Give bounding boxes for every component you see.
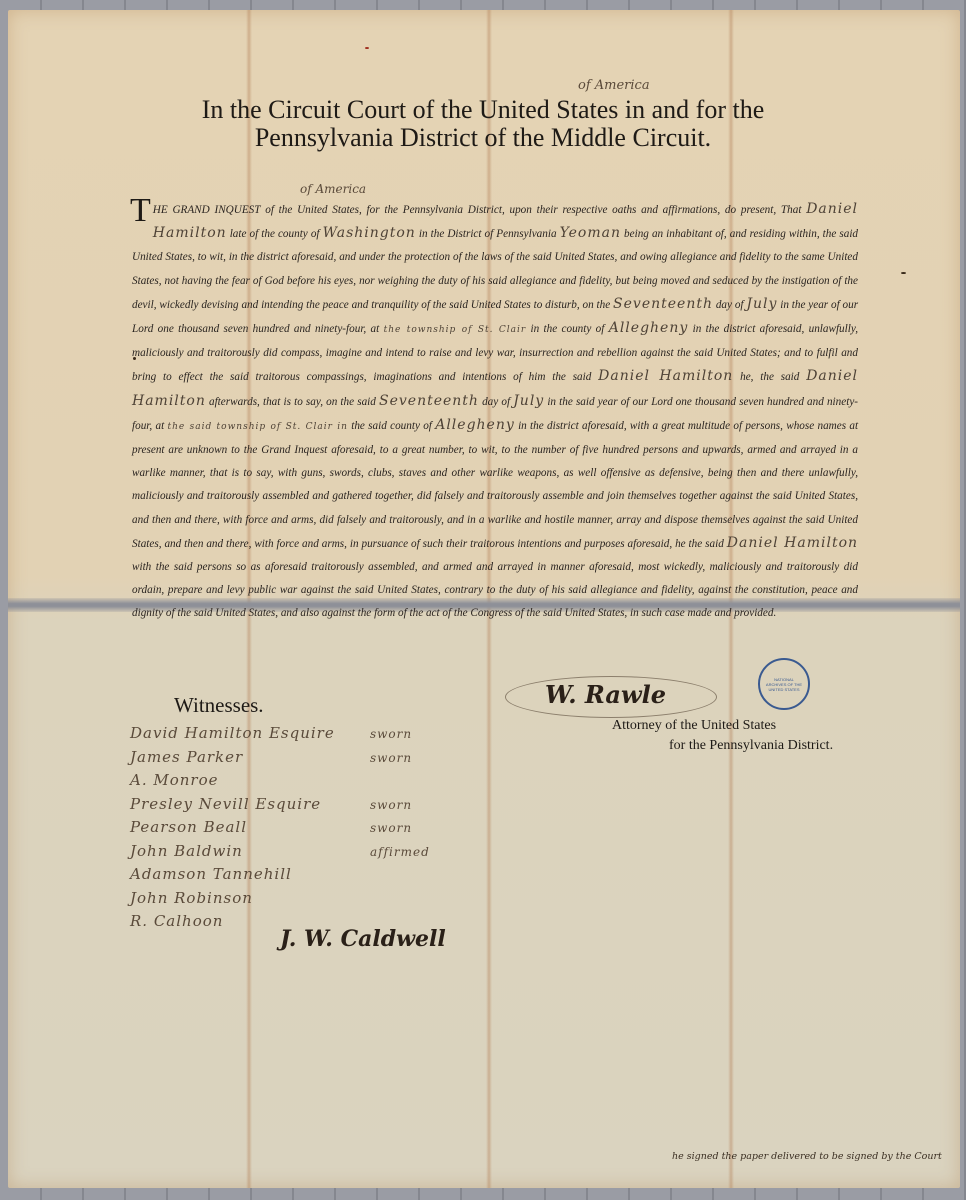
ink-mark xyxy=(133,357,136,360)
occupation: Yeoman xyxy=(560,225,621,241)
archives-stamp: NATIONAL ARCHIVES OF THE UNITED STATES xyxy=(758,658,810,710)
offense-place: the said township of St. Clair in xyxy=(168,422,348,432)
defendant-name: Daniel Hamilton xyxy=(598,368,733,384)
offense-month: July xyxy=(746,296,777,312)
witness-entry: Adamson Tannehill xyxy=(130,865,450,889)
clerk-signature: J. W. Caldwell xyxy=(280,926,446,952)
body-annotation: of America xyxy=(300,182,366,196)
witness-entry: John Baldwin affirmed xyxy=(130,842,450,866)
title-line-2: Pennsylvania District of the Middle Circ… xyxy=(0,124,966,152)
offense-place: the township of St. Clair xyxy=(384,325,527,335)
stamp-text: NATIONAL ARCHIVES OF THE UNITED STATES xyxy=(764,677,804,692)
title-line-1: In the Circuit Court of the United State… xyxy=(202,95,765,124)
witness-entry: David Hamilton Esquire sworn xyxy=(130,724,450,748)
county-of-offense: Allegheny xyxy=(609,320,689,336)
witnesses-heading: Witnesses. xyxy=(174,693,264,718)
ink-mark xyxy=(365,47,369,49)
offense-day: Seventeenth xyxy=(379,393,479,409)
county-of-residence: Washington xyxy=(323,225,416,241)
witness-entry: Presley Nevill Esquire sworn xyxy=(130,795,450,819)
witness-entry: Pearson Beall sworn xyxy=(130,818,450,842)
footnote: he signed the paper delivered to be sign… xyxy=(672,1151,942,1162)
indictment-text: T HE GRAND INQUEST of the United States,… xyxy=(132,198,858,626)
witness-list: David Hamilton Esquire sworn James Parke… xyxy=(130,724,450,936)
offense-day: Seventeenth xyxy=(613,296,713,312)
offense-month: July xyxy=(513,393,544,409)
witness-entry: John Robinson xyxy=(130,889,450,913)
county-of-offense: Allegheny xyxy=(435,417,515,433)
ink-mark xyxy=(901,272,906,274)
drop-cap: T xyxy=(130,198,151,224)
witness-entry: A. Monroe xyxy=(130,771,450,795)
attorney-signature: W. Rawle xyxy=(545,680,666,709)
attorney-title: Attorney of the United States for the Pe… xyxy=(612,716,833,756)
witness-entry: James Parker sworn xyxy=(130,748,450,772)
defendant-name: Daniel Hamilton xyxy=(727,535,858,551)
court-title: In the Circuit Court of the United State… xyxy=(0,96,966,152)
title-annotation: of America xyxy=(578,78,650,93)
